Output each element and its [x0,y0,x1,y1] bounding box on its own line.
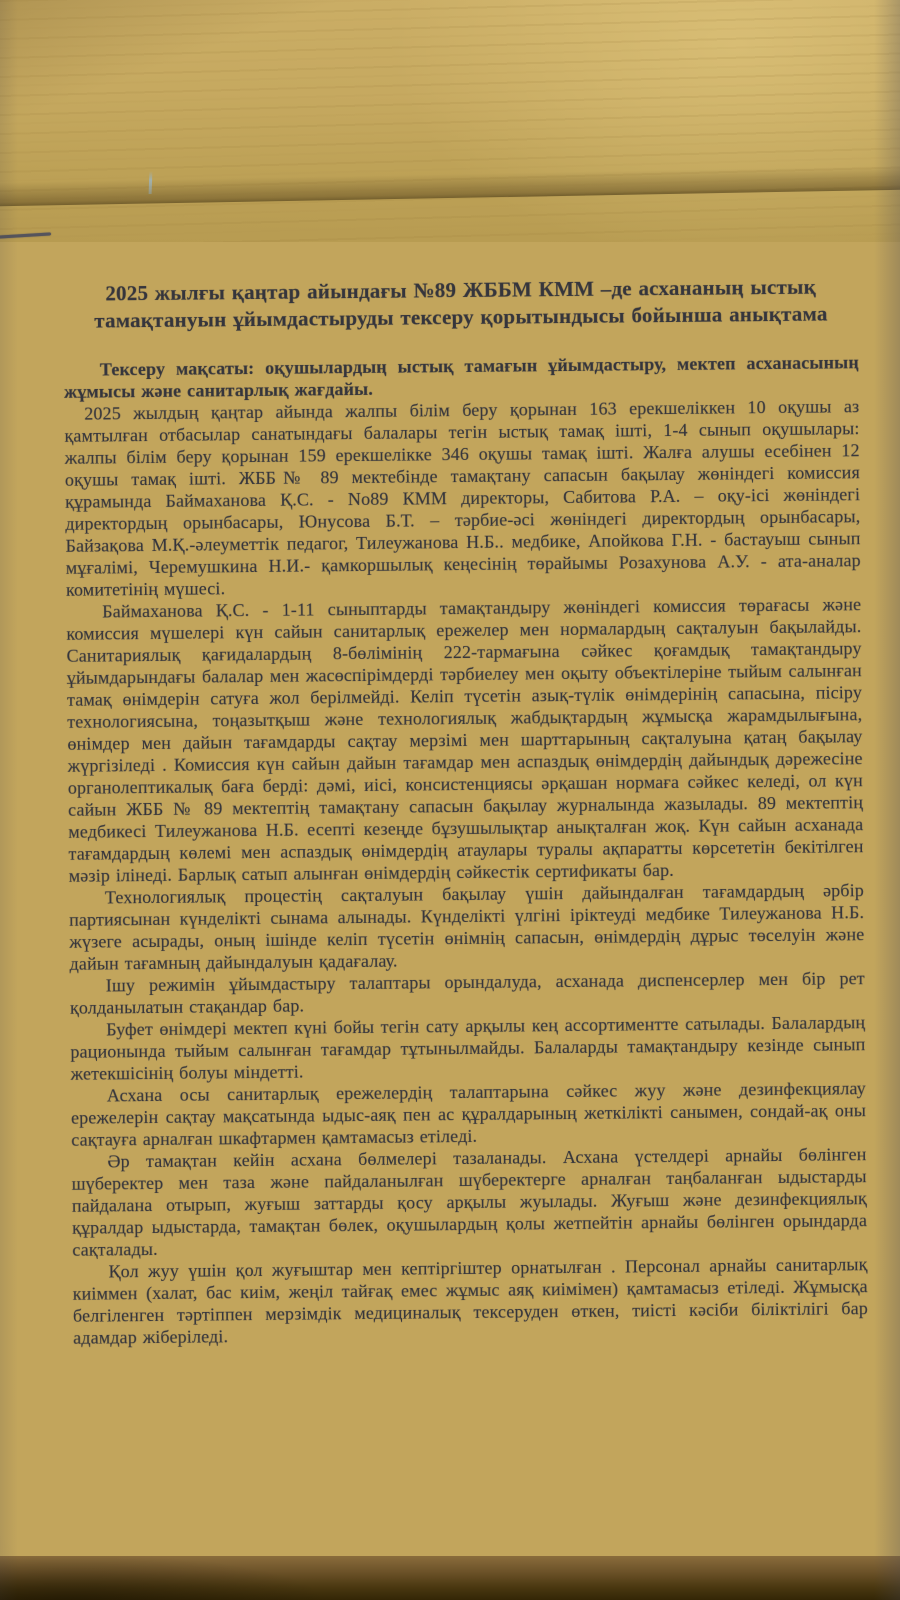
paragraph-dishware-cabinets: Асхана осы санитарлық ережелердің талапт… [71,1077,867,1151]
document-page: 2025 жылғы қаңтар айындағы №89 ЖББМ КММ … [0,0,900,1600]
paragraph-hand-washing-personnel: Қол жуу үшін қол жуғыштар мен кептіргішт… [72,1253,868,1349]
paragraph-commission-monitoring: Баймаханова Қ.С. - 1-11 сыныптарды тамақ… [66,593,864,887]
document-content: 2025 жылғы қаңтар айындағы №89 ЖББМ КММ … [63,273,868,1349]
document-title: 2025 жылғы қаңтар айындағы №89 ЖББМ КММ … [89,273,832,333]
paragraph-cleaning-procedures: Әр тамақтан кейін асхана бөлмелері тазал… [71,1143,867,1261]
paragraph-inspection-purpose: Тексеру мақсаты: оқушылардың ыстық тамағ… [64,351,859,403]
pen-mark [0,232,51,238]
paragraph-drinking-regime: Ішу режимін ұйымдастыру талаптары орында… [70,967,865,1019]
paragraph-buffet-products: Буфет өнімдері мектеп күні бойы тегін са… [70,1011,866,1085]
photo-frame: 2025 жылғы қаңтар айындағы №89 ЖББМ КММ … [0,0,900,1600]
paragraph-coverage-and-commission: 2025 жылдың қаңтар айында жалпы білім бе… [64,395,861,601]
paragraph-daily-samples: Технологиялық процестің сақталуын бақыла… [69,879,865,975]
